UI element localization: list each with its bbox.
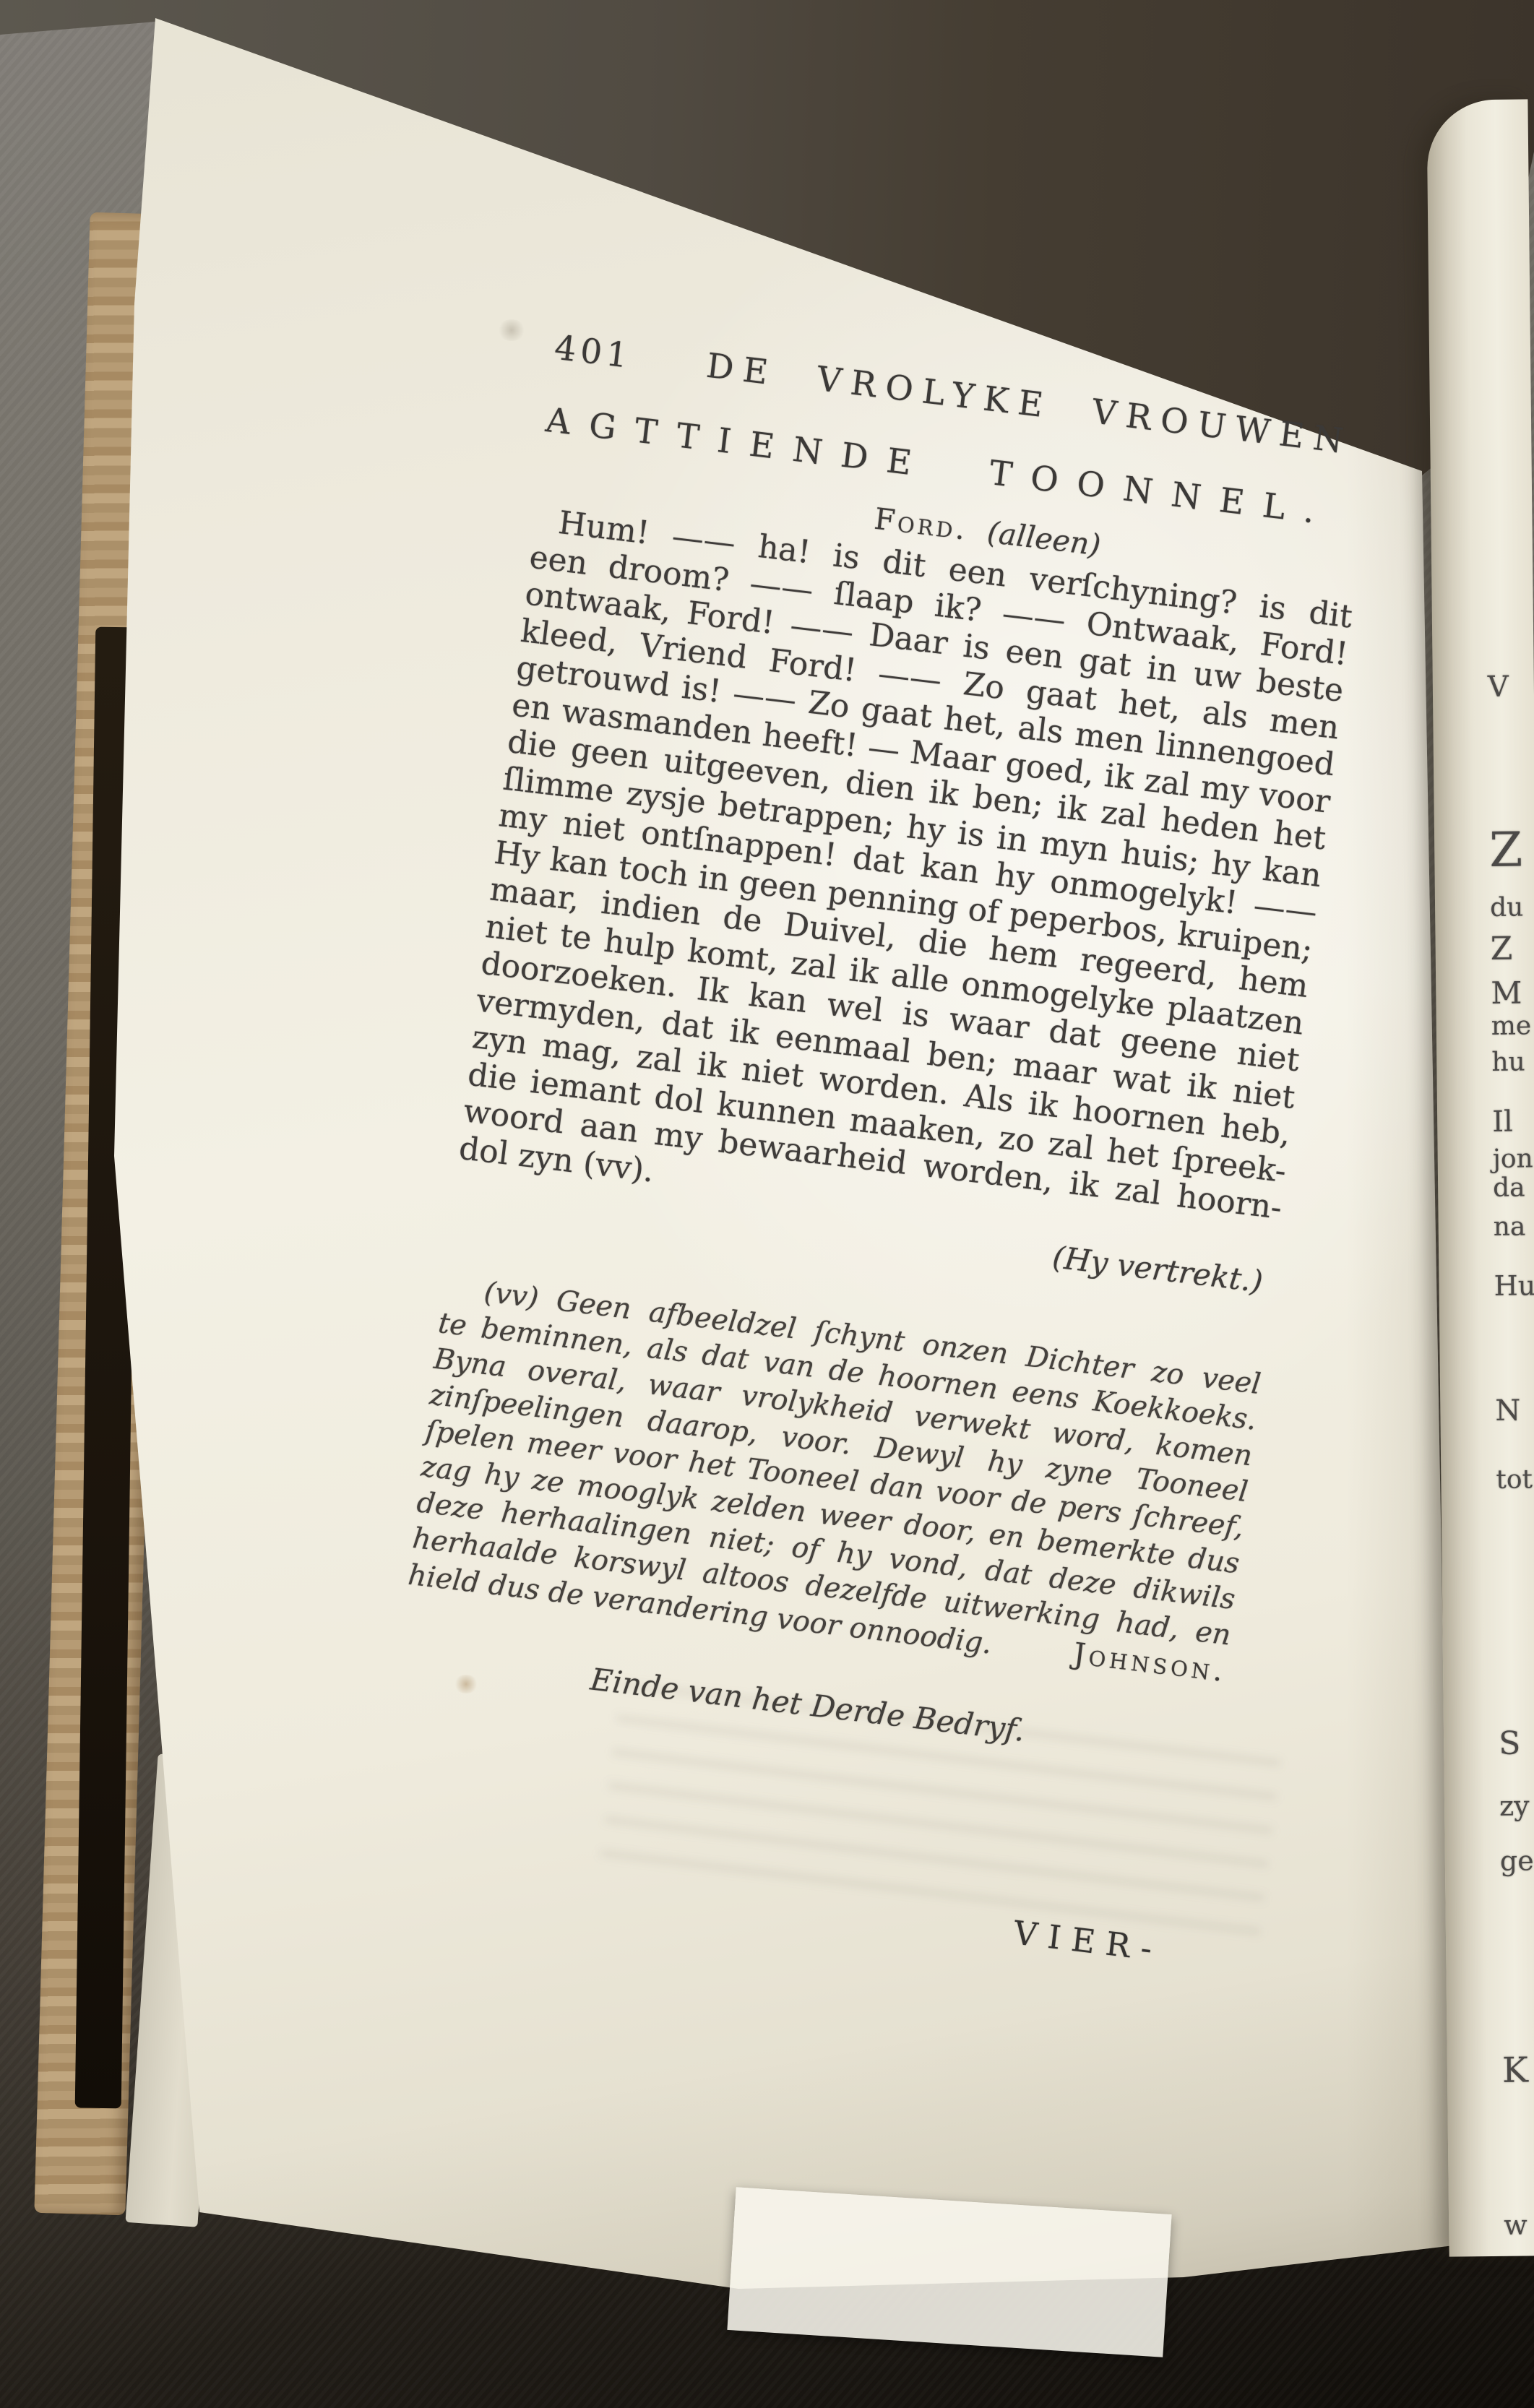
next-page-text-fragment: jon <box>1493 1144 1533 1174</box>
next-page-text-fragment: N <box>1495 1394 1520 1428</box>
next-page-text-fragment: K <box>1502 2050 1528 2090</box>
next-page-text-fragment: na <box>1493 1212 1525 1241</box>
next-page-text-fragment: Z <box>1490 931 1512 967</box>
next-page-text-fragment: M <box>1491 975 1522 1011</box>
next-page-text-fragment: w <box>1504 2209 1527 2241</box>
speaker-stage-direction: (alleen) <box>986 514 1103 562</box>
next-page-text-fragment: du <box>1490 892 1524 922</box>
next-page-text-fragment: Hu <box>1494 1269 1534 1302</box>
next-page-text-fragment: da <box>1493 1173 1525 1202</box>
photo-of-open-book: 401 DE VROLYKE VROUWEN AGTTIENDE TOONNEL… <box>0 0 1534 2408</box>
monologue: Hum! —— ha! is dit een verſchyning? is d… <box>457 501 1355 1264</box>
next-page-text-fragment: ge <box>1500 1844 1534 1876</box>
next-page-text-fragment: Il <box>1492 1105 1513 1139</box>
paper-stain <box>497 319 526 341</box>
next-page-text-fragment: tot <box>1496 1464 1533 1495</box>
page-number: 401 <box>552 328 634 376</box>
next-page-text-fragment: hu <box>1491 1047 1525 1076</box>
speaker-name: Ford. <box>872 501 970 547</box>
next-page-text-fragment: zy <box>1499 1790 1530 1821</box>
next-page-text-fragment: me <box>1491 1011 1532 1041</box>
next-page-text-fragment: Z <box>1489 821 1523 877</box>
paper-slip <box>727 2187 1171 2357</box>
next-page-text-fragment: S <box>1499 1725 1521 1762</box>
next-page-text-fragment: V <box>1488 670 1509 704</box>
